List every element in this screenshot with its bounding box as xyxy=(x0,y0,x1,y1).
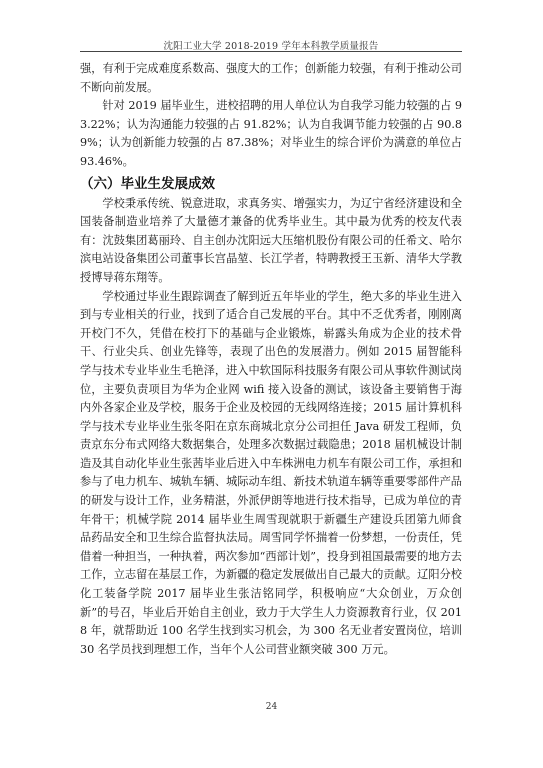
running-header: 沈阳工业大学 2018-2019 学年本科教学质量报告 xyxy=(80,38,462,52)
page-body: 强，有利于完成难度系数高、强度大的工作；创新能力较强，有利于推动公司不断向前发展… xyxy=(80,60,462,659)
header-divider xyxy=(80,51,462,52)
paragraph-employer-evaluation: 针对 2019 届毕业生，进校招聘的用人单位认为自我学习能力较强的占 93.22… xyxy=(80,97,462,171)
document-page: 沈阳工业大学 2018-2019 学年本科教学质量报告 强，有利于完成难度系数高… xyxy=(0,0,543,768)
page-number: 24 xyxy=(0,702,543,712)
paragraph-continuation: 强，有利于完成难度系数高、强度大的工作；创新能力较强，有利于推动公司不断向前发展… xyxy=(80,60,462,97)
section-heading: （六）毕业生发展成效 xyxy=(80,173,462,195)
paragraph-alumni: 学校秉承传统、锐意进取，求真务实、增强实力，为辽宁省经济建设和全国装备制造业培养… xyxy=(80,195,462,288)
paragraph-graduate-tracking: 学校通过毕业生跟踪调查了解到近五年毕业的学生，绝大多的毕业生进入到与专业相关的行… xyxy=(80,288,462,660)
